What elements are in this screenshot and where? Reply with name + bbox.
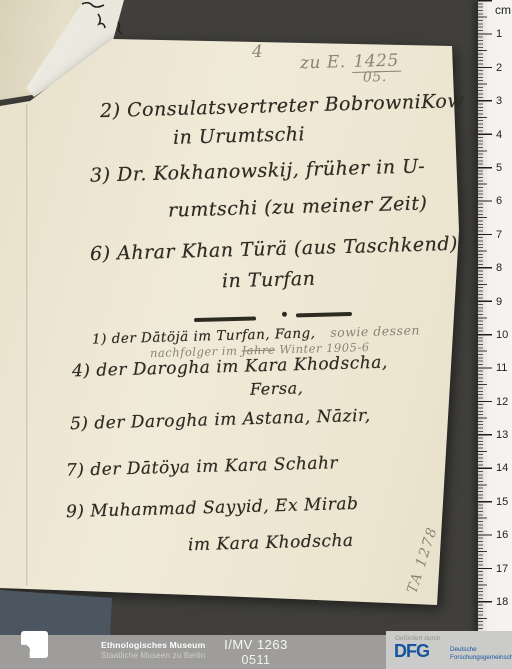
pencil-addition: sowie dessen: [330, 322, 420, 339]
dfg-name: Deutsche Forschungsgemeinschaft: [450, 646, 512, 662]
ruler-number: 18: [496, 596, 508, 608]
ruler-number: 2: [496, 62, 502, 74]
ruler-number: 11: [496, 362, 507, 374]
ruler-number: 5: [496, 162, 502, 174]
ruler-number: 16: [496, 529, 508, 541]
dfg-logo: DFG: [394, 641, 429, 662]
viewer-footer-bar: Ethnologisches Museum Staatliche Museen …: [0, 635, 512, 669]
manuscript-line: in Urumtschi: [173, 123, 306, 149]
ruler-number: 14: [496, 462, 508, 474]
pencil-page-number: 4: [252, 42, 264, 62]
ruler-number: 8: [496, 262, 502, 274]
cm-ruler: cm 1 2 3 4 5 6 7 8 9 10 11 12 13 14 15 1…: [478, 0, 512, 669]
ruler-number: 1: [496, 28, 502, 40]
manuscript-line: Fersa,: [250, 378, 304, 398]
ruler-ticks-cm: [478, 0, 492, 669]
ruler-number: 9: [496, 296, 502, 308]
manuscript-line: in Turfan: [222, 268, 316, 293]
ruler-number: 7: [496, 229, 502, 241]
ruler-number: 4: [496, 129, 502, 141]
ruler-unit-label: cm: [495, 3, 511, 17]
ruler-number: 10: [496, 329, 508, 341]
ruler-number: 15: [496, 496, 508, 508]
ruler-number: 6: [496, 195, 502, 207]
sheet-fold: [26, 104, 28, 586]
dfg-funding-box: Gefördert durch DFG Deutsche Forschungsg…: [386, 631, 512, 669]
ruler-number: 17: [496, 563, 508, 575]
scanned-document-page: 4 zu E. 1425 05. 2) Consulatsvertreter B…: [0, 0, 512, 669]
ruler-number: 12: [496, 396, 508, 408]
pencil-reference: zu E. 1425 05.: [300, 51, 401, 74]
ruler-number: 3: [496, 95, 502, 107]
ruler-number: 13: [496, 429, 508, 441]
